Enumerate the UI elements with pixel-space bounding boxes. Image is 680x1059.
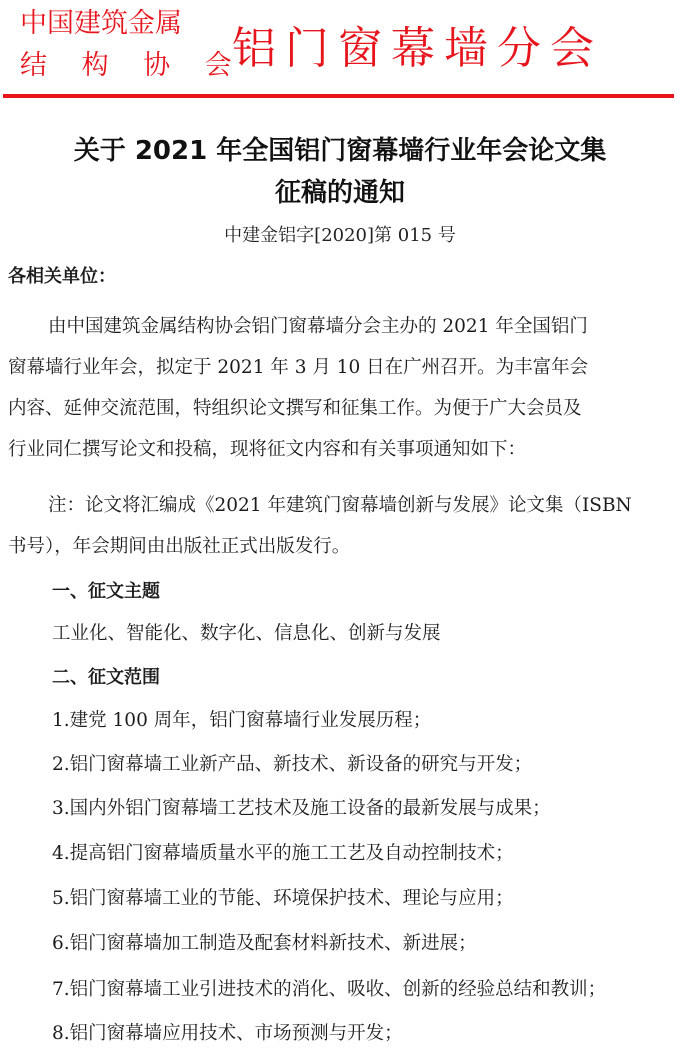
intro-line: 行业同仁撰写论文和投稿，现将征文内容和有关事项通知如下： bbox=[8, 441, 526, 460]
letterhead-branch-name: 铝门窗幕墙分会 bbox=[232, 27, 603, 71]
salutation: 各相关单位： bbox=[8, 268, 116, 286]
list-item: 1.建党 100 周年，铝门窗幕墙行业发展历程； bbox=[52, 712, 431, 731]
document-number: 中建金铝字[2020]第 015 号 bbox=[0, 227, 680, 245]
intro-line: 内容、延伸交流范围，特组织论文撰写和征集工作。为便于广大会员及 bbox=[8, 400, 582, 419]
note-line: 书号），年会期间由出版社正式出版发行。 bbox=[8, 538, 350, 557]
intro-line: 由中国建筑金属结构协会铝门窗幕墙分会主办的 2021 年全国铝门 bbox=[48, 318, 588, 337]
list-item: 5.铝门窗幕墙工业的节能、环境保护技术、理论与应用； bbox=[52, 890, 514, 909]
letterhead-org-line1: 中国建筑金属 bbox=[20, 10, 182, 37]
list-item: 6.铝门窗幕墙加工制造及配套材料新技术、新进展； bbox=[52, 935, 477, 954]
letterhead-org-line2: 结 构 协 会 bbox=[20, 52, 245, 79]
document-title-line1: 关于 2021 年全国铝门窗幕墙行业年会论文集 bbox=[0, 138, 680, 164]
list-item: 3.国内外铝门窗幕墙工艺技术及施工设备的最新发展与成果； bbox=[52, 800, 551, 819]
note-line: 注：论文将汇编成《2021 年建筑门窗幕墙创新与发展》论文集（ISBN bbox=[48, 497, 632, 516]
list-item: 8.铝门窗幕墙应用技术、市场预测与开发； bbox=[52, 1025, 403, 1044]
section-body: 工业化、智能化、数字化、信息化、创新与发展 bbox=[52, 625, 441, 644]
list-item: 2.铝门窗幕墙工业新产品、新技术、新设备的研究与开发； bbox=[52, 756, 532, 775]
letterhead-divider bbox=[3, 94, 674, 98]
document-title-line2: 征稿的通知 bbox=[0, 180, 680, 206]
section-heading: 一、征文主题 bbox=[52, 583, 160, 601]
section-heading: 二、征文范围 bbox=[52, 669, 160, 687]
list-item: 4.提高铝门窗幕墙质量水平的施工工艺及自动控制技术； bbox=[52, 845, 514, 864]
intro-line: 窗幕墙行业年会，拟定于 2021 年 3 月 10 日在广州召开。为丰富年会 bbox=[8, 359, 588, 378]
list-item: 7.铝门窗幕墙工业引进技术的消化、吸收、创新的经验总结和教训； bbox=[52, 981, 606, 1000]
